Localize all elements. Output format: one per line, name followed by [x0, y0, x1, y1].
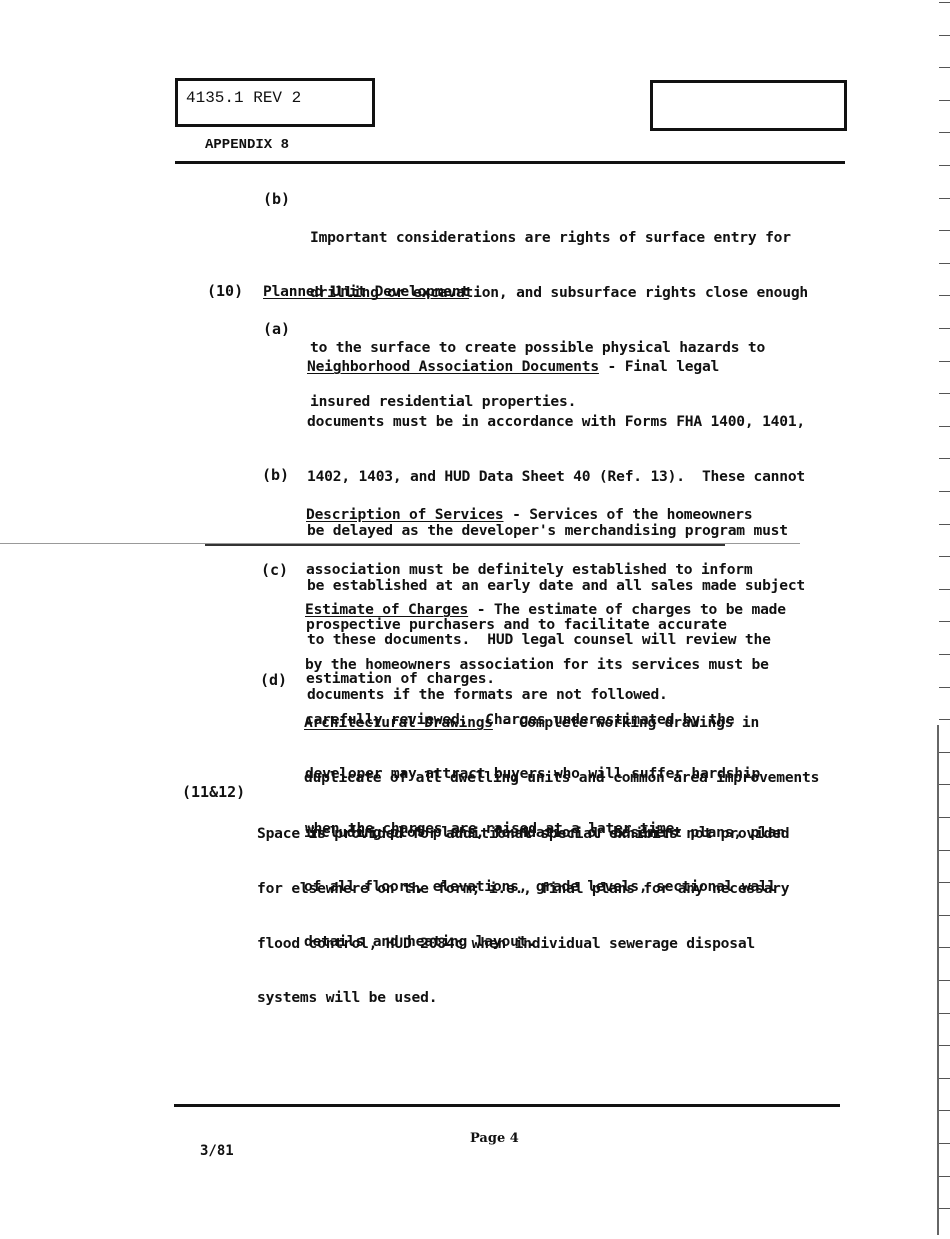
scan-tick-mark [939, 556, 950, 557]
scan-tick-mark [939, 458, 950, 459]
scan-edge-marks [925, 0, 950, 1239]
footer-date: 3/81 [200, 1143, 234, 1159]
scan-tick-mark [939, 1045, 950, 1046]
text-line: duplicate of all dwelling units and comm… [304, 769, 819, 787]
section-heading: Planned Unit Development [263, 283, 469, 301]
text-line: by the homeowners association for its se… [305, 656, 786, 674]
scan-tick-mark [939, 1110, 950, 1111]
scan-tick-mark [939, 426, 950, 427]
item-title: Estimate of Charges [305, 601, 468, 618]
scan-tick-mark [939, 524, 950, 525]
text-line: Important considerations are rights of s… [310, 229, 808, 247]
scan-tick-mark [939, 882, 950, 883]
scan-tick-mark [939, 132, 950, 133]
item-title: Architectural Drawings [304, 714, 493, 731]
text-line: documents must be in accordance with For… [307, 413, 805, 431]
scan-tick-mark [939, 621, 950, 622]
scan-tick-mark [939, 295, 950, 296]
document-number: 4135.1 REV 2 [186, 89, 301, 107]
scan-tick-mark [939, 1078, 950, 1079]
section-heading-text: Planned Unit Development [263, 283, 469, 300]
scan-tick-mark [939, 784, 950, 785]
scan-tick-mark [939, 687, 950, 688]
text-line: flood control, HUD 2084c when individual… [257, 935, 789, 953]
item-label: (b) [263, 190, 290, 208]
scan-tick-mark [939, 263, 950, 264]
text-fragment: - Final legal [599, 358, 719, 375]
scan-tick-mark [939, 361, 950, 362]
scan-tick-mark [939, 230, 950, 231]
text-fragment: - Services of the homeowners [503, 506, 752, 523]
text-line: systems will be used. [257, 989, 789, 1007]
scan-tick-mark [939, 654, 950, 655]
item-label: (d) [260, 671, 287, 689]
blank-header-box [650, 80, 847, 131]
item-label: (c) [261, 561, 288, 579]
scan-tick-mark [939, 198, 950, 199]
scan-tick-mark [939, 1208, 950, 1209]
scan-tick-mark [939, 980, 950, 981]
text-line: Space is provided for additional special… [257, 825, 789, 843]
item-label: (b) [262, 466, 289, 484]
section-number: (10) [207, 282, 243, 300]
scan-tick-mark [939, 2, 950, 3]
scan-tick-mark [939, 850, 950, 851]
text-fragment: - Complete working drawings in [493, 714, 759, 731]
scan-tick-mark [939, 328, 950, 329]
item-title: Neighborhood Association Documents [307, 358, 599, 375]
scan-tick-mark [939, 719, 950, 720]
scan-tick-mark [939, 947, 950, 948]
scan-tick-mark [939, 1013, 950, 1014]
scan-tick-mark [939, 393, 950, 394]
scan-tick-mark [939, 817, 950, 818]
scan-tick-mark [939, 35, 950, 36]
page-number: Page 4 [470, 1131, 519, 1146]
scan-tick-mark [939, 67, 950, 68]
scan-tick-mark [939, 915, 950, 916]
text-line: Description of Services - Services of th… [306, 506, 752, 524]
scan-tick-mark [939, 752, 950, 753]
text-fragment: - The estimate of charges to be made [468, 601, 786, 618]
scan-tick-mark [939, 589, 950, 590]
scan-tick-mark [939, 491, 950, 492]
scan-tick-mark [939, 100, 950, 101]
text-line: Estimate of Charges - The estimate of ch… [305, 601, 786, 619]
paragraph-special-exhibits: Space is provided for additional special… [257, 789, 789, 1026]
scan-tick-mark [939, 1176, 950, 1177]
footer-rule [174, 1104, 840, 1107]
section-number: (11&12) [182, 783, 245, 801]
text-line: for elsewhere on the form; i.e., final p… [257, 880, 789, 898]
scan-artifact-line [205, 544, 725, 546]
text-line: Architectural Drawings - Complete workin… [304, 714, 819, 732]
scan-tick-mark [939, 165, 950, 166]
item-title: Description of Services [306, 506, 503, 523]
appendix-label: APPENDIX 8 [205, 137, 289, 153]
document-number-box: 4135.1 REV 2 [175, 78, 375, 127]
scan-tick-mark [939, 1143, 950, 1144]
item-label: (a) [263, 320, 290, 338]
text-line: Neighborhood Association Documents - Fin… [307, 358, 805, 376]
header-rule [175, 161, 845, 164]
